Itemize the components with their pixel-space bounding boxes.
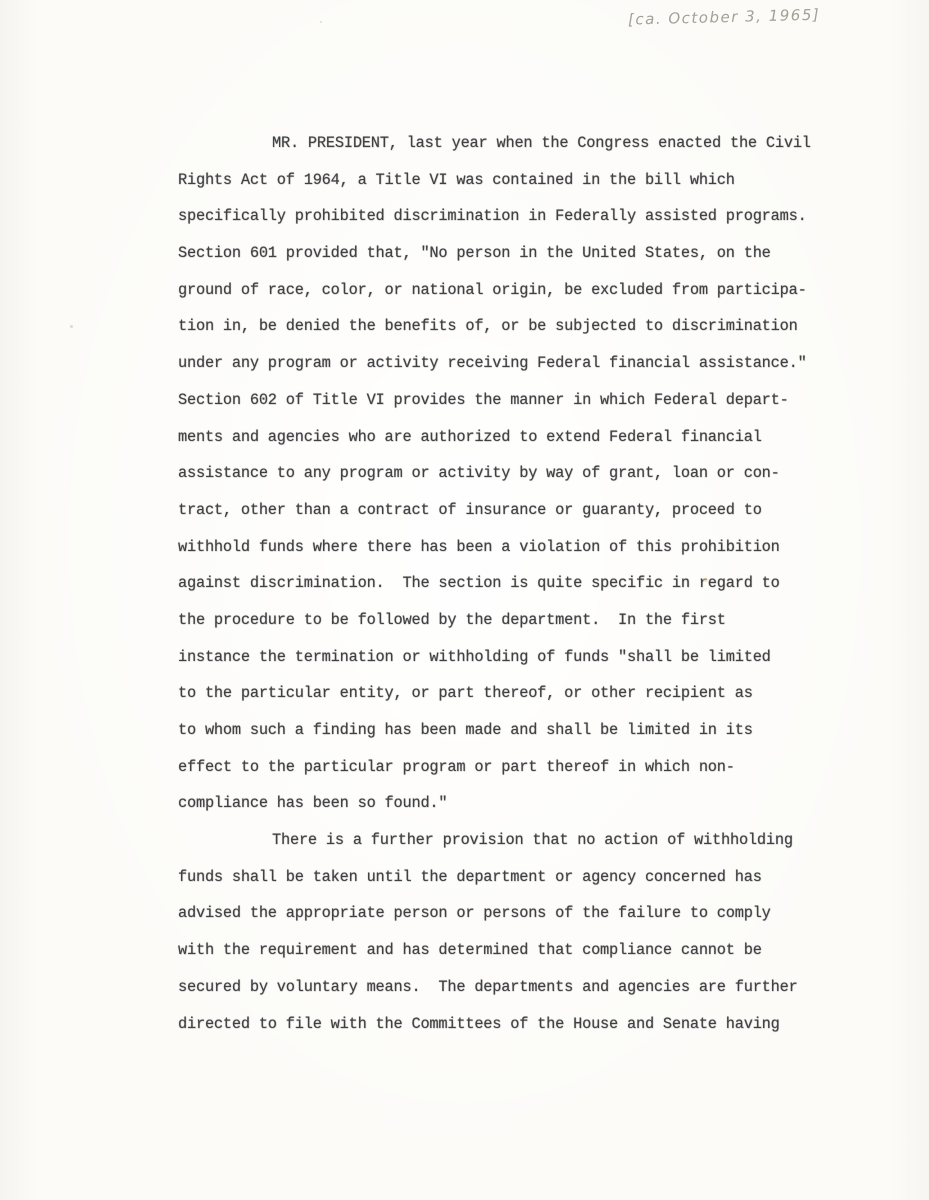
typewritten-text: MR. PRESIDENT, last year when the Congre…: [178, 125, 838, 1042]
text-line: MR. PRESIDENT, last year when the Congre…: [178, 125, 838, 162]
text-line: effect to the particular program or part…: [178, 749, 838, 786]
text-line: tract, other than a contract of insuranc…: [178, 492, 838, 529]
scan-speck: [70, 325, 73, 328]
text-line: specifically prohibited discrimination i…: [178, 198, 838, 235]
text-line: withhold funds where there has been a vi…: [178, 529, 838, 566]
text-line: to the particular entity, or part thereo…: [178, 675, 838, 712]
document-page: [ca. October 3, 1965] MR. PRESIDENT, las…: [0, 0, 929, 1200]
text-line: against discrimination. The section is q…: [178, 565, 838, 602]
text-line: instance the termination or withholding …: [178, 639, 838, 676]
text-line: compliance has been so found.": [178, 785, 838, 822]
text-line: advised the appropriate person or person…: [178, 895, 838, 932]
text-line: directed to file with the Committees of …: [178, 1006, 838, 1043]
handwritten-date-annotation: [ca. October 3, 1965]: [628, 5, 828, 28]
text-line: Section 601 provided that, "No person in…: [178, 235, 838, 272]
scan-speck: [320, 21, 322, 23]
text-line: assistance to any program or activity by…: [178, 455, 838, 492]
text-line: Section 602 of Title VI provides the man…: [178, 382, 838, 419]
text-line: funds shall be taken until the departmen…: [178, 859, 838, 896]
text-line: secured by voluntary means. The departme…: [178, 969, 838, 1006]
text-line: tion in, be denied the benefits of, or b…: [178, 308, 838, 345]
text-line: under any program or activity receiving …: [178, 345, 838, 382]
text-line: to whom such a finding has been made and…: [178, 712, 838, 749]
text-line: ments and agencies who are authorized to…: [178, 419, 838, 456]
text-line: There is a further provision that no act…: [178, 822, 838, 859]
text-line: with the requirement and has determined …: [178, 932, 838, 969]
text-line: ground of race, color, or national origi…: [178, 272, 838, 309]
text-line: the procedure to be followed by the depa…: [178, 602, 838, 639]
text-line: Rights Act of 1964, a Title VI was conta…: [178, 162, 838, 199]
